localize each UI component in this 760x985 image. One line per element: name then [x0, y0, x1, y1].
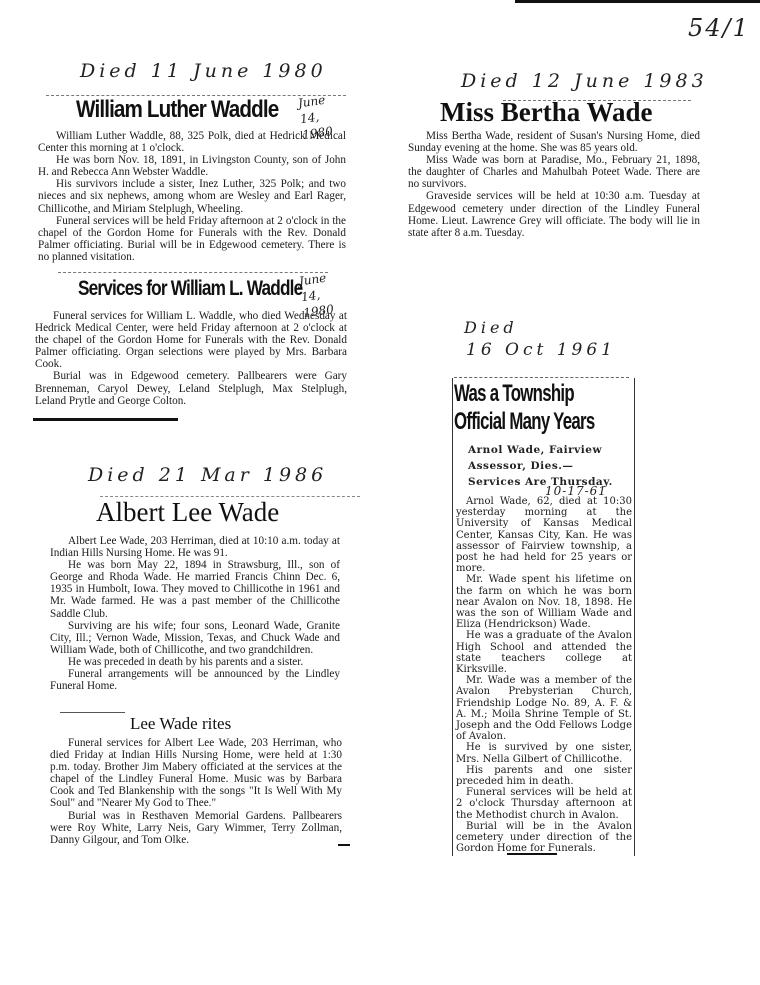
paragraph: Funeral services for William L. Waddle, … [35, 310, 347, 370]
subhead: Arnol Wade, Fairview [468, 442, 633, 458]
article-body: Arnol Wade, 62, died at 10:30 yesterday … [456, 496, 632, 855]
article-body: Funeral services for Albert Lee Wade, 20… [50, 737, 342, 846]
top-edge-rule [515, 0, 760, 3]
paragraph: His parents and one sister preceded him … [456, 765, 632, 787]
page-number-annotation: 54/1 [688, 14, 750, 42]
handwritten-died: Died [464, 318, 518, 337]
paragraph: Miss Bertha Wade, resident of Susan's Nu… [408, 130, 700, 154]
handwritten-death-date: Died 12 June 1983 [461, 70, 708, 92]
subhead: Assessor, Dies.— [468, 458, 633, 474]
paragraph: William Luther Waddle, 88, 325 Polk, die… [38, 130, 346, 154]
bottom-rule [33, 418, 178, 421]
paragraph: His survivors include a sister, Inez Lut… [38, 178, 346, 214]
paragraph: Funeral services will be held at 2 o'clo… [456, 787, 632, 821]
article-body: William Luther Waddle, 88, 325 Polk, die… [38, 130, 346, 263]
paragraph: Graveside services will be held at 10:30… [408, 190, 700, 238]
paragraph: Burial will be in the Avalon cemetery un… [456, 821, 632, 855]
handwritten-death-date: 16 Oct 1961 [466, 340, 616, 360]
paragraph: He is survived by one sister, Mrs. Nella… [456, 742, 632, 764]
paragraph: Arnol Wade, 62, died at 10:30 yesterday … [456, 496, 632, 574]
headline-line-2: Official Many Years [454, 408, 594, 436]
paragraph: Albert Lee Wade, 203 Herriman, died at 1… [50, 535, 340, 559]
end-mark [338, 844, 350, 846]
top-rule [454, 377, 629, 378]
headline-line-1: Was a Township [454, 380, 574, 408]
headline: Lee Wade rites [130, 714, 231, 734]
headline: Albert Lee Wade [96, 497, 279, 528]
paragraph: Burial was in Resthaven Memorial Gardens… [50, 810, 342, 846]
handwritten-death-date: Died 11 June 1980 [80, 60, 327, 82]
article-body: Albert Lee Wade, 203 Herriman, died at 1… [50, 535, 340, 692]
paragraph: Miss Wade was born at Paradise, Mo., Feb… [408, 154, 700, 190]
right-border [634, 378, 635, 856]
handwritten-death-date: Died 21 Mar 1986 [88, 464, 327, 486]
top-rule [58, 272, 328, 273]
headline: Services for William L. Waddle [78, 277, 302, 301]
paragraph: He was born Nov. 18, 1891, in Livingston… [38, 154, 346, 178]
paragraph: Burial was in Edgewood cemetery. Pallbea… [35, 370, 347, 406]
paragraph: Funeral services for Albert Lee Wade, 20… [50, 737, 342, 810]
paragraph: Surviving are his wife; four sons, Leona… [50, 620, 340, 656]
article-body: Miss Bertha Wade, resident of Susan's Nu… [408, 130, 700, 239]
bottom-rule [507, 853, 557, 855]
paragraph: Mr. Wade was a member of the Avalon Preb… [456, 675, 632, 742]
paragraph: Mr. Wade spent his lifetime on the farm … [456, 574, 632, 630]
paragraph: He was preceded in death by his parents … [50, 656, 340, 668]
left-border [452, 378, 453, 856]
article-body: Funeral services for William L. Waddle, … [35, 310, 347, 407]
headline: William Luther Waddle [76, 96, 278, 124]
paragraph: He was a graduate of the Avalon High Sch… [456, 630, 632, 675]
paragraph: Funeral services will be held Friday aft… [38, 215, 346, 263]
top-rule [60, 712, 125, 713]
paragraph: Funeral arrangements will be announced b… [50, 668, 340, 692]
paragraph: He was born May 22, 1894 in Strawsburg, … [50, 559, 340, 619]
headline: Miss Bertha Wade [440, 97, 653, 128]
subheads: Arnol Wade, Fairview Assessor, Dies.— Se… [468, 442, 633, 490]
